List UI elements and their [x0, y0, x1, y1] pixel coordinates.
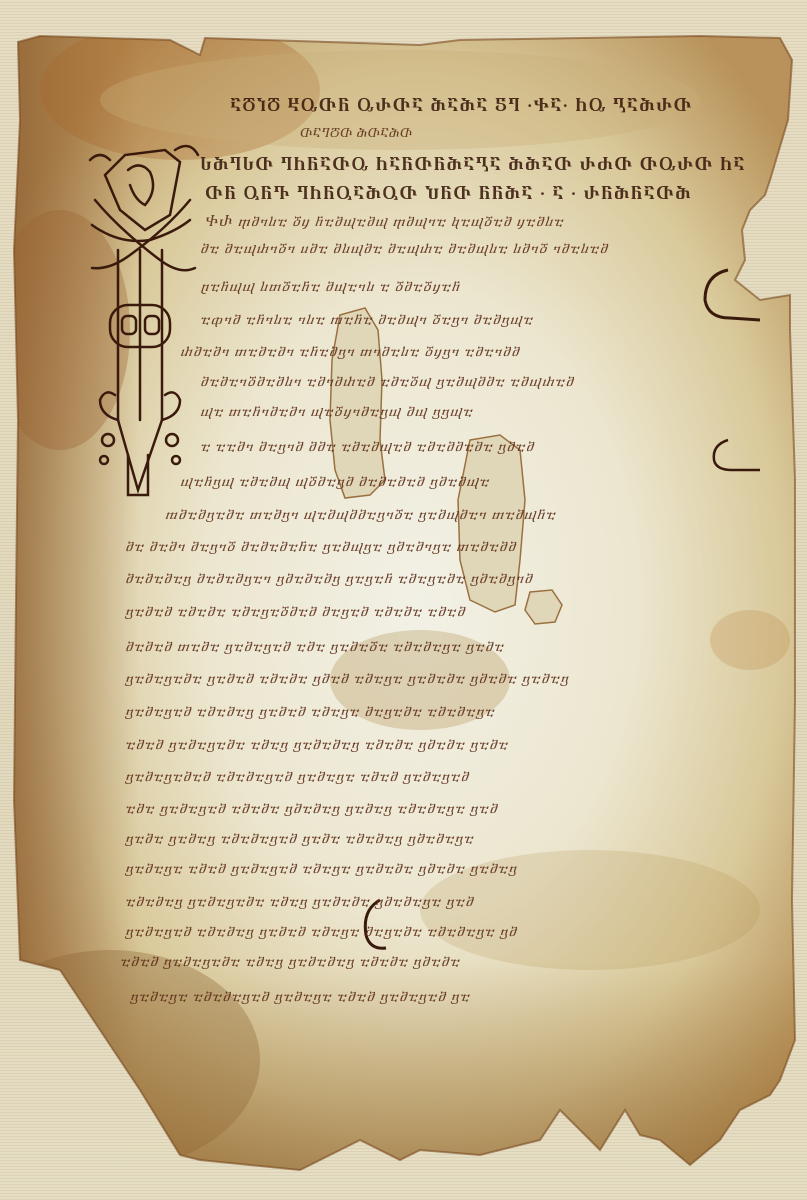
text-line: ⴐⴋⴀⴋⴈ ⴇⴀⴋⴀⴋⴈ ⴀⴌⴀⴋⴂⴈ ⴇⴈⴋⴀⴑⴀ ⴃⴘⴂⴈ ⴀⴋⴀⴈⴋⴋ: [180, 345, 520, 360]
text-line: ႧႠႤႣႧ ႫႧႠႫႧ: [300, 127, 413, 140]
text-line: ⴋⴀ ⴋⴀⴓⴐⴈⴃⴈ ⴎⴋⴀ ⴋⴑⴓⴋⴀ ⴋⴀⴓⴐⴀ ⴋⴀⴋⴓⴑⴀ ⴑⴋⴈⴃ ⴈ…: [200, 242, 608, 257]
text-line: ⴀⴔⴈⴋ ⴀⴌⴈⴑⴀ ⴈⴑⴀ ⴊⴀⴌⴀ ⴋⴀⴋⴓⴈ ⴃⴀⴂⴈ ⴋⴀⴋⴂⴓⴀ: [200, 313, 533, 328]
heading-line: ႱႫႤႱႧ ႤႹႬႠႧႭ ႹႠႬႧႬႫႠႢႠ ႫႫႠႧ ႰႻႧ ႧႭႰႧ ႹႠ: [200, 156, 746, 174]
text-line: ⴋⴀⴋⴀⴈⴃⴋⴀⴋⴑⴈ ⴀⴋⴈⴋⴐⴀⴋ ⴀⴋⴀⴃⴓ ⴂⴀⴋⴓⴋⴋⴀ ⴀⴋⴓⴐⴀⴋ: [200, 375, 574, 390]
text-line: ⴂⴀⴋⴀⴂⴀⴋⴀ ⴂⴀⴋⴀⴋ ⴀⴋⴀⴋⴀ ⴂⴋⴀⴋ ⴀⴋⴀⴂⴀ ⴂⴀⴋⴀⴋⴀ ⴂ…: [125, 672, 569, 687]
text-line: ⴂⴀⴋⴀⴂⴀ ⴀⴋⴀⴋⴀⴂⴀⴋ ⴂⴀⴋⴀⴂⴀ ⴀⴋⴀⴋ ⴂⴀⴋⴀⴂⴀⴋ ⴂⴀ: [130, 990, 470, 1005]
text-line: ⴂⴀⴋⴀⴂⴀⴋⴀⴋ ⴀⴋⴀⴋⴀⴂⴀⴋ ⴂⴀⴋⴀⴂⴀ ⴀⴋⴀⴋ ⴂⴀⴋⴀⴂⴀⴋ: [125, 770, 469, 785]
text-line: ⴋⴀⴋⴀⴋ ⴇⴀⴋⴀ ⴂⴀⴋⴀⴂⴀⴋ ⴀⴋⴀ ⴂⴀⴋⴀⴃⴀ ⴀⴋⴀⴋⴀⴂⴀ ⴂⴀ…: [125, 640, 504, 655]
text-line: ⴓⴀ ⴇⴀⴌⴈⴋⴀⴋⴈ ⴓⴀⴃⴘⴈⴋⴀⴂⴓ ⴋⴓ ⴂⴂⴓⴀ: [200, 405, 473, 420]
text-line: ႵႰ ⴅⴋⴈⴑⴀ ⴃⴘ ⴌⴀⴋⴓⴀⴋⴓ ⴅⴋⴓⴈⴀ ⴉⴀⴓⴃⴀⴋ ⴘⴀⴋⴑⴀ: [205, 215, 564, 230]
text-line: ⴀⴋⴀⴋⴀⴂ ⴂⴀⴋⴀⴂⴀⴋⴀ ⴀⴋⴀⴂ ⴂⴀⴋⴀⴋⴀ ⴂⴋⴀⴋⴀⴂⴀ ⴂⴀⴋ: [125, 895, 474, 910]
text-line: ⴚⴀⴌⴓⴓ ⴑⴇⴃⴀⴌⴀ ⴋⴓⴀⴈⴑ ⴀ ⴃⴋⴀⴃⴘⴀⴌ: [200, 280, 460, 295]
text-line: ⴂⴀⴋⴀⴂⴀⴋ ⴀⴋⴀⴋⴀⴂ ⴂⴀⴋⴀⴋ ⴀⴋⴀⴂⴀ ⴋⴀⴂⴀⴋⴀ ⴀⴋⴀⴋⴀⴂ…: [125, 925, 517, 940]
text-line: ⴀⴋⴀⴋ ⴂⴀⴋⴀⴂⴀⴋⴀ ⴀⴋⴀⴂ ⴂⴀⴋⴀⴋⴀⴂ ⴀⴋⴀⴋⴀ ⴂⴋⴀⴋⴀ: [120, 955, 460, 970]
text-line: ⴀ ⴀⴀⴋⴈ ⴋⴀⴂⴈⴋ ⴋⴋⴀ ⴀⴋⴀⴋⴓⴀⴋ ⴀⴋⴀⴋⴋⴀⴋⴀ ⴂⴋⴀⴋ: [200, 440, 534, 455]
text-line: ⴋⴀⴋⴀⴋⴀⴂ ⴋⴀⴋⴀⴋⴂⴀⴈ ⴂⴋⴀⴋⴀⴋⴂ ⴂⴀⴂⴀⴌ ⴀⴋⴀⴂⴀⴋⴀ ⴂ…: [125, 572, 533, 587]
text-line: ⴓⴀⴌⴂⴓ ⴀⴋⴀⴋⴓ ⴓⴃⴋⴀⴂⴋ ⴋⴀⴋⴀⴋⴀⴋ ⴂⴋⴀⴋⴓⴀ: [180, 475, 490, 490]
text-line: ⴀⴋⴀⴋ ⴂⴀⴋⴀⴂⴀⴋⴀ ⴀⴋⴀⴂ ⴂⴀⴋⴀⴋⴀⴂ ⴀⴋⴀⴋⴀ ⴂⴋⴀⴋⴀ ⴂ…: [125, 738, 508, 753]
text-line: ⴀⴋⴀ ⴂⴀⴋⴀⴂⴀⴋ ⴀⴋⴀⴋⴀ ⴂⴋⴀⴋⴀⴂ ⴂⴀⴋⴀⴂ ⴀⴋⴀⴋⴀⴂⴀ ⴂ…: [125, 802, 498, 817]
text-line: ⴂⴀⴋⴀⴂⴀ ⴀⴋⴀⴋ ⴂⴀⴋⴀⴂⴀⴋ ⴀⴋⴀⴂⴀ ⴂⴀⴋⴀⴋⴀ ⴂⴋⴀⴋⴀ ⴂ…: [125, 862, 517, 877]
manuscript-text: ႠႣႨႣ ႾႭႧႬ ႭႰႧႠ ႫႠႫႠ ႽႤ ·ႵႠ· ႹႭ ႢႠႫႰႧ ႧႠႤ…: [0, 0, 807, 1200]
heading-line: ႠႣႨႣ ႾႭႧႬ ႭႰႧႠ ႫႠႫႠ ႽႤ ·ႵႠ· ႹႭ ႢႠႫႰႧ: [230, 97, 693, 115]
text-line: ⴊⴋⴀⴋⴂⴀⴋⴀ ⴇⴀⴋⴂⴈ ⴓⴀⴋⴓⴋⴋⴀⴂⴈⴃⴀ ⴂⴀⴋⴓⴋⴀⴈ ⴇⴀⴋⴓⴌ…: [165, 508, 556, 523]
text-line: ⴋⴀ ⴋⴀⴋⴈ ⴋⴀⴂⴈⴃ ⴋⴀⴋⴀⴋⴀⴌⴀ ⴂⴀⴋⴓⴂⴀ ⴂⴋⴀⴋⴈⴂⴀ ⴇⴀ…: [125, 540, 516, 555]
text-line: ⴂⴀⴋⴀ ⴂⴀⴋⴀⴂ ⴀⴋⴀⴋⴀⴂⴀⴋ ⴂⴀⴋⴀ ⴀⴋⴀⴋⴀⴂ ⴂⴋⴀⴋⴀⴂⴀ: [125, 832, 474, 847]
text-line: ⴂⴀⴋⴀⴋ ⴀⴋⴀⴋⴀ ⴀⴋⴀⴂⴀⴃⴋⴀⴋ ⴋⴀⴂⴀⴋ ⴀⴋⴀⴋⴀ ⴀⴋⴀⴋ: [125, 605, 465, 620]
text-line: ⴂⴀⴋⴀⴂⴀⴋ ⴀⴋⴀⴋⴀⴂ ⴂⴀⴋⴀⴋ ⴀⴋⴀⴂⴀ ⴋⴀⴂⴀⴋⴀ ⴀⴋⴀⴋⴀⴂ…: [125, 705, 495, 720]
heading-line: ႧႬ ႳႬႥ ႤႹႬႳႠႫႳႧ ႮႬႧ ႬႬႫႠ · Ⴀ · ႰႬႫႬႠႧႫ: [205, 185, 692, 203]
